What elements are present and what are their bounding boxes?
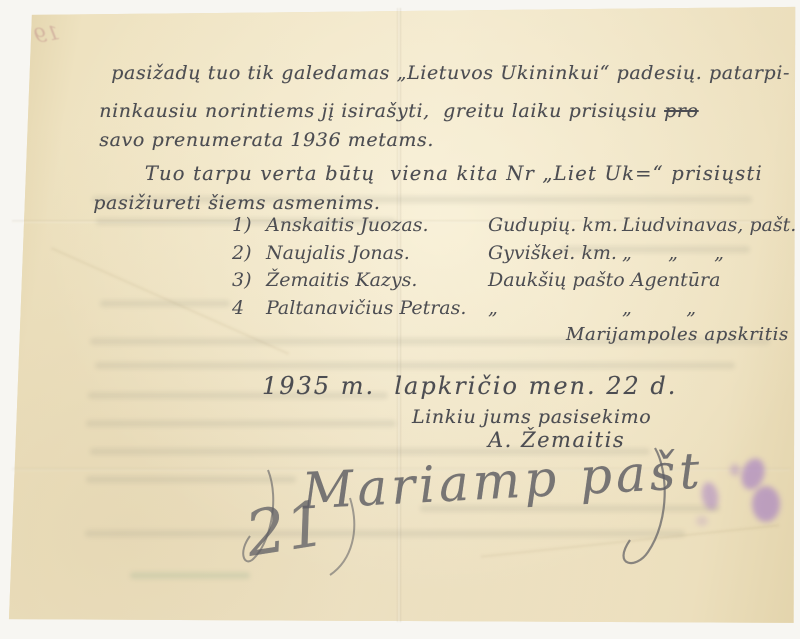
recipient-number: 4 [232, 297, 266, 325]
closing-line: Linkiu jums pasisekimo [412, 406, 651, 428]
recipient-name: Paltanavičius Petras. [266, 297, 488, 325]
recipient-name: Naujalis Jonas. [266, 242, 488, 270]
letter-line-5: pasižiureti šiems asmenims. [80, 170, 381, 214]
recipient-number: 3) [232, 269, 266, 297]
recipient-number: 2) [232, 242, 266, 270]
recipient-post [622, 269, 796, 297]
show-through-page-number: 19 [32, 20, 61, 48]
pencil-scrawl-number: 21 [241, 486, 332, 571]
recipient-village: „ [488, 297, 622, 325]
recipient-list: 1) Anskaitis Juozas. Gudupių. km. Liudvi… [232, 214, 796, 324]
recipient-post: „ „ [622, 297, 796, 325]
recipient-village: Gudupių. km. [488, 214, 622, 242]
recipient-name: Žemaitis Kazys. [266, 269, 488, 297]
recipient-village: Daukšių pašto Agentūra [488, 269, 622, 297]
recipient-post: Liudvinavas, pašt. [622, 214, 796, 242]
recipient-name: Anskaitis Juozas. [266, 214, 488, 242]
recipient-village: Gyviškei. km. [488, 242, 622, 270]
date-line: 1935 m. lapkričio men. 22 d. [262, 372, 677, 400]
recipient-number: 1) [232, 214, 266, 242]
struck-word: pro [664, 100, 698, 122]
letter-line-5-text: pasižiureti šiems asmenims. [93, 192, 380, 214]
recipient-post: „ „ „ [622, 242, 796, 270]
district-note: Marijampoles apskritis [566, 324, 789, 345]
